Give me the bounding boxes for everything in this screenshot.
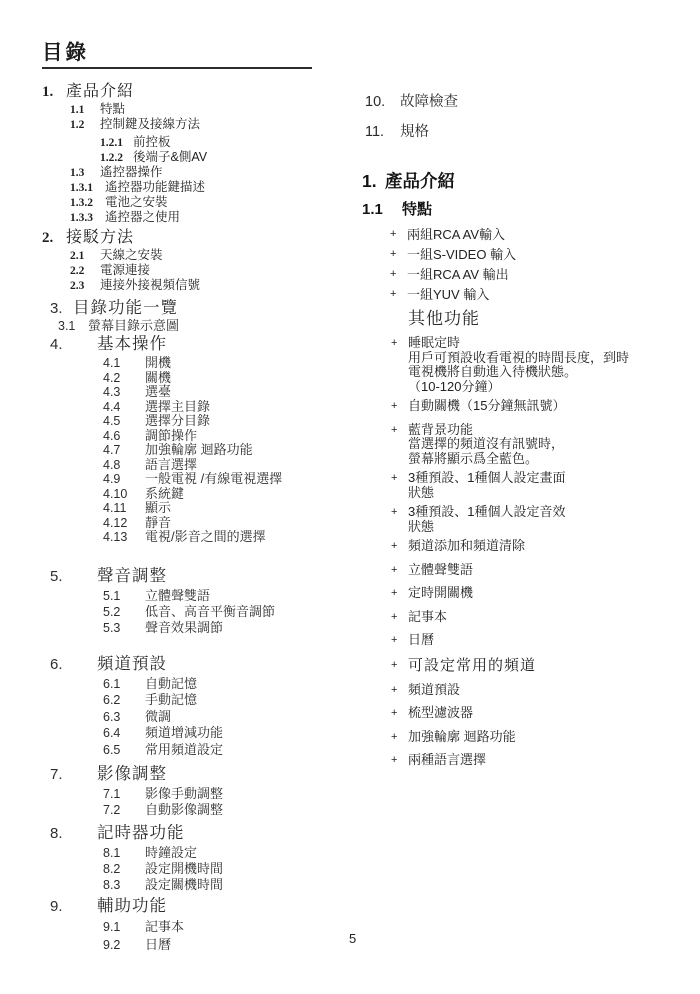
feature-line: 加強輪廓 迴路功能: [408, 730, 516, 745]
toc-entry-number: 6.5: [103, 743, 145, 759]
toc-entry-number: 9.2: [103, 937, 145, 954]
feature-line: 狀態: [408, 486, 565, 501]
plus-bullet-icon: +: [391, 683, 408, 698]
toc-entry-number: 4.10: [103, 487, 145, 502]
feature-item: +兩組RCA AV輸入: [362, 228, 697, 241]
toc-entry: 4.1開機: [103, 356, 350, 371]
toc-entry-number: 7.: [50, 764, 97, 786]
feature-line: 兩種語言選擇: [408, 753, 486, 768]
toc-entry-label: 連接外接視頻信號: [100, 278, 200, 292]
toc-entry-number: 1.3.1: [70, 181, 105, 195]
toc-entry: 4.8語言選擇: [103, 458, 350, 473]
toc-entry: 1.3遙控器操作: [70, 165, 350, 180]
toc-entry: 9.1記事本: [103, 918, 350, 936]
toc-entry-label: 微調: [145, 709, 171, 725]
toc-entry: 4.12靜音: [103, 516, 350, 531]
toc-entry-number: 1.: [42, 82, 66, 102]
toc-entry: 5.1立體聲雙語: [103, 588, 350, 604]
toc-entry-number: 4.7: [103, 443, 145, 458]
plus-bullet-icon: +: [391, 633, 408, 648]
toc-entry: 6.4頻道增減功能: [103, 725, 350, 742]
toc-entry-number: 4.8: [103, 458, 145, 473]
toc-entry: 4.10系統鍵: [103, 487, 350, 502]
toc-entry: 1.1特點: [70, 102, 350, 117]
feature-line: 當選擇的頻道沒有訊號時，: [408, 437, 564, 452]
feature-item: +兩種語言選擇: [362, 753, 697, 768]
toc-entry: 4.5選擇分目錄: [103, 414, 350, 429]
toc-entry: 4.11顯示: [103, 501, 350, 516]
feature-text: 立體聲雙語: [408, 563, 473, 578]
toc-entry-label: 輔助功能: [97, 895, 167, 917]
toc-entry-label: 設定關機時間: [145, 877, 223, 893]
toc-entry: 4.2關機: [103, 371, 350, 386]
toc-entry-number: 1.2.1: [100, 136, 133, 150]
feature-line: 用戶可預設收看電視的時間長度，到時: [408, 351, 629, 366]
feature-line: 自動關機（15分鐘無訊號）: [408, 399, 565, 414]
plus-bullet-icon: +: [390, 228, 407, 241]
toc-entry-number: 4.11: [103, 501, 145, 516]
feature-text: 一組RCA AV 輸出: [407, 268, 509, 281]
feature-line: 兩組RCA AV輸入: [407, 228, 505, 241]
feature-text: 頻道預設: [408, 683, 460, 698]
feature-line: 梳型濾波器: [408, 706, 473, 721]
feature-line: 一組YUV 輸入: [407, 288, 489, 301]
toc-entry-number: 1.2.2: [100, 151, 133, 165]
toc-entry: 4.9一般電視 /有線電視選擇: [103, 472, 350, 487]
other-functions-heading: 其他功能: [408, 310, 697, 328]
toc-entry-label: 基本操作: [97, 333, 167, 355]
toc-entry-label: 電視/影音之間的選擇: [145, 530, 266, 545]
toc-entry-label: 影像手動調整: [145, 786, 223, 802]
toc-entry: 1.3.1遙控器功能鍵描述: [70, 180, 350, 195]
toc-section-heading: 8.記時器功能: [50, 822, 350, 845]
toc-entry: 4.3選臺: [103, 385, 350, 400]
feature-line: 睡眠定時: [408, 336, 629, 351]
feature-text: 定時開關機: [408, 586, 473, 601]
toc-entry-label: 選臺: [145, 385, 171, 400]
plus-bullet-icon: +: [390, 248, 407, 261]
chapter-number: 1.: [362, 170, 385, 192]
toc-entry-label: 頻道預設: [97, 653, 167, 675]
toc-entry-label: 調節操作: [145, 429, 197, 444]
section-heading: 1.1 特點: [362, 200, 697, 220]
chapter-heading: 1. 產品介紹: [362, 170, 697, 192]
toc-section-6: 6.頻道預設6.1自動記憶6.2手動記憶6.3微調6.4頻道增減功能6.5常用頻…: [0, 653, 350, 759]
toc-entry-number: 2.: [42, 228, 66, 248]
feature-text: 自動關機（15分鐘無訊號）: [408, 399, 565, 414]
toc-entry-label: 常用頻道設定: [145, 742, 223, 758]
toc-entry-label: 後端子&側AV: [133, 150, 207, 164]
feature-line: 定時開關機: [408, 586, 473, 601]
feature-text: 3種預設、1種個人設定音效狀態: [408, 505, 565, 534]
feature-line: 記事本: [408, 610, 447, 625]
toc-entry-label: 聲音調整: [97, 565, 167, 587]
toc-entry-label: 天線之安裝: [100, 248, 163, 262]
toc-entry-number: 1.3: [70, 166, 100, 180]
plus-bullet-icon: +: [391, 563, 408, 578]
toc-entry-number: 2.3: [70, 279, 100, 293]
toc-entry-number: 4.3: [103, 385, 145, 400]
toc-entry-label: 開機: [145, 356, 171, 371]
plus-bullet-icon: +: [390, 268, 407, 281]
toc-section-7: 7.影像調整7.1影像手動調整7.2自動影像調整: [0, 763, 350, 818]
feature-line: 日曆: [408, 633, 434, 648]
toc-entry-label: 選擇主目錄: [145, 400, 210, 415]
toc-entry-label: 記時器功能: [97, 822, 185, 844]
feature-item: +睡眠定時用戶可預設收看電視的時間長度，到時電視機將自動進入待機狀態。（10-1…: [362, 336, 697, 394]
toc-entry-number: 4.6: [103, 429, 145, 444]
toc-entry-label: 一般電視 /有線電視選擇: [145, 472, 282, 487]
toc-entry-number: 7.1: [103, 786, 145, 802]
toc-entry-label: 遙控器操作: [100, 165, 163, 179]
toc-entry-number: 5.2: [103, 605, 145, 620]
plus-bullet-icon: +: [391, 505, 408, 520]
toc-entry-number: 6.3: [103, 710, 145, 726]
feature-item: +立體聲雙語: [362, 563, 697, 578]
feature-text: 睡眠定時用戶可預設收看電視的時間長度，到時電視機將自動進入待機狀態。（10-12…: [408, 336, 629, 394]
feature-text: 一組S-VIDEO 輸入: [407, 248, 516, 261]
plus-bullet-icon: +: [391, 336, 408, 351]
toc-entry-label: 自動記憶: [145, 676, 197, 692]
toc-left-column: 1.產品介紹1.1特點1.2控制鍵及接線方法1.2.1前控板1.2.2後端子&側…: [0, 0, 350, 954]
toc-entry: 7.1影像手動調整: [103, 786, 350, 802]
feature-item: +一組RCA AV 輸出: [362, 268, 697, 281]
toc-section-heading: 6.頻道預設: [50, 653, 350, 676]
feature-text: 兩種語言選擇: [408, 753, 486, 768]
toc-entry-number: 10.: [365, 92, 400, 112]
toc-section-heading: 2.接駁方法: [42, 228, 350, 248]
toc-entry-number: 8.: [50, 823, 97, 845]
feature-list: +兩組RCA AV輸入+一組S-VIDEO 輸入+一組RCA AV 輸出+一組Y…: [362, 228, 697, 301]
toc-entry-number: 4.1: [103, 356, 145, 371]
feature-item: +頻道添加和頻道清除: [362, 539, 697, 554]
toc-entry: 4.6調節操作: [103, 429, 350, 444]
toc-section-2: 2.接駁方法2.1天線之安裝2.2電源連接2.3連接外接視頻信號: [0, 228, 350, 293]
toc-entry-number: 1.1: [70, 103, 100, 117]
section-title: 特點: [402, 200, 432, 220]
toc-section-4: 4.基本操作4.1開機4.2關機4.3選臺4.4選擇主目錄4.5選擇分目錄4.6…: [0, 333, 350, 545]
feature-line: 狀態: [408, 520, 565, 535]
toc-entry-label: 關機: [145, 371, 171, 386]
feature-text: 日曆: [408, 633, 434, 648]
toc-entry-label: 手動記憶: [145, 692, 197, 708]
plus-bullet-icon: +: [391, 586, 408, 601]
toc-entry-number: 6.: [50, 654, 97, 676]
toc-entry-label: 頻道增減功能: [145, 725, 223, 741]
toc-entry-label: 聲音效果調節: [145, 620, 223, 635]
toc-entry-label: 控制鍵及接線方法: [100, 117, 200, 131]
toc-tail: 10.故障檢查11.規格: [362, 92, 697, 142]
toc-entry-number: 4.13: [103, 530, 145, 545]
toc-entry: 6.5常用頻道設定: [103, 742, 350, 759]
plus-bullet-icon: +: [391, 657, 408, 674]
toc-entry-number: 5.3: [103, 621, 145, 636]
toc-entry: 10.故障檢查: [365, 92, 697, 112]
toc-entry-label: 顯示: [145, 501, 171, 516]
toc-entry-number: 8.2: [103, 861, 145, 877]
toc-section-5: 5.聲音調整5.1立體聲雙語5.2低音、高音平衡音調節5.3聲音效果調節: [0, 565, 350, 636]
feature-text: 記事本: [408, 610, 447, 625]
feature-text: 梳型濾波器: [408, 706, 473, 721]
feature-text: 頻道添加和頻道清除: [408, 539, 525, 554]
toc-entry-number: 1.2: [70, 118, 100, 132]
toc-entry-label: 低音、高音平衡音調節: [145, 604, 275, 619]
toc-entry-label: 日曆: [145, 936, 171, 953]
feature-item: +梳型濾波器: [362, 706, 697, 721]
plus-bullet-icon: +: [391, 399, 408, 414]
feature-item: +藍背景功能當選擇的頻道沒有訊號時，螢幕將顯示爲全藍色。: [362, 423, 697, 467]
toc-entry: 4.13電視/影音之間的選擇: [103, 530, 350, 545]
toc-entry-number: 6.1: [103, 677, 145, 693]
toc-entry-number: 7.2: [103, 802, 145, 818]
toc-section-heading: 7.影像調整: [50, 763, 350, 786]
feature-text: 3種預設、1種個人設定畫面狀態: [408, 471, 565, 500]
toc-entry-number: 9.1: [103, 919, 145, 936]
feature-line: 3種預設、1種個人設定音效: [408, 505, 565, 520]
other-feature-list: +睡眠定時用戶可預設收看電視的時間長度，到時電視機將自動進入待機狀態。（10-1…: [362, 336, 697, 768]
plus-bullet-icon: +: [391, 539, 408, 554]
toc-entry: 1.3.3遙控器之使用: [70, 210, 350, 225]
toc-entry-label: 靜音: [145, 516, 171, 531]
toc-entry-label: 語言選擇: [145, 458, 197, 473]
toc-entry-number: 5.: [50, 566, 97, 588]
feature-line: 立體聲雙語: [408, 563, 473, 578]
toc-section-heading: 9.輔助功能: [50, 895, 350, 918]
toc-entry-label: 接駁方法: [66, 228, 134, 248]
toc-entry: 1.2.1前控板: [100, 135, 350, 150]
toc-entry-label: 設定開機時間: [145, 861, 223, 877]
toc-entry: 2.3連接外接視頻信號: [70, 278, 350, 293]
toc-section-heading: 1.產品介紹: [42, 82, 350, 102]
feature-text: 兩組RCA AV輸入: [407, 228, 505, 241]
plus-bullet-icon: +: [391, 730, 408, 745]
feature-line: 頻道添加和頻道清除: [408, 539, 525, 554]
toc-entry-number: 3.1: [58, 319, 88, 333]
toc-entry-label: 加強輪廓 迴路功能: [145, 443, 253, 458]
toc-entry-label: 選擇分目錄: [145, 414, 210, 429]
toc-section-3: 3.目錄功能一覽3.1螢幕目錄示意圖: [0, 298, 350, 333]
right-column: 10.故障檢查11.規格 1. 產品介紹 1.1 特點 +兩組RCA AV輸入+…: [362, 0, 697, 777]
toc-entry: 6.1自動記憶: [103, 676, 350, 693]
toc-entry: 5.2低音、高音平衡音調節: [103, 604, 350, 620]
toc-section-8: 8.記時器功能8.1時鐘設定8.2設定開機時間8.3設定關機時間: [0, 822, 350, 893]
feature-item: +定時開關機: [362, 586, 697, 601]
toc-entry: 1.2控制鍵及接線方法: [70, 117, 350, 132]
toc-entry-number: 5.1: [103, 589, 145, 604]
feature-line: 一組S-VIDEO 輸入: [407, 248, 516, 261]
toc-entry-label: 記事本: [145, 918, 184, 935]
toc-entry: 1.2.2後端子&側AV: [100, 150, 350, 165]
feature-line: 電視機將自動進入待機狀態。: [408, 365, 629, 380]
toc-entry-label: 故障檢查: [400, 92, 458, 112]
plus-bullet-icon: +: [391, 610, 408, 625]
feature-line: 一組RCA AV 輸出: [407, 268, 509, 281]
feature-line: 3種預設、1種個人設定畫面: [408, 471, 565, 486]
section-number: 1.1: [362, 200, 402, 220]
feature-item: +一組YUV 輸入: [362, 288, 697, 301]
plus-bullet-icon: +: [391, 753, 408, 768]
feature-item: +記事本: [362, 610, 697, 625]
toc-entry-label: 立體聲雙語: [145, 588, 210, 603]
feature-item: +自動關機（15分鐘無訊號）: [362, 399, 697, 414]
page-number: 5: [349, 931, 356, 946]
toc-section-1: 1.產品介紹1.1特點1.2控制鍵及接線方法1.2.1前控板1.2.2後端子&側…: [0, 82, 350, 225]
toc-section-9: 9.輔助功能9.1記事本9.2日曆: [0, 895, 350, 954]
toc-entry-number: 6.2: [103, 693, 145, 709]
feature-line: 藍背景功能: [408, 423, 564, 438]
toc-entry-number: 4.4: [103, 400, 145, 415]
toc-section-heading: 5.聲音調整: [50, 565, 350, 588]
feature-line: 可設定常用的頻道: [408, 657, 536, 674]
toc-section-heading: 4.基本操作: [50, 333, 350, 356]
toc-entry: 7.2自動影像調整: [103, 802, 350, 818]
feature-text: 藍背景功能當選擇的頻道沒有訊號時，螢幕將顯示爲全藍色。: [408, 423, 564, 467]
toc-entry: 4.4選擇主目錄: [103, 400, 350, 415]
feature-item: +日曆: [362, 633, 697, 648]
toc-entry: 2.2電源連接: [70, 263, 350, 278]
toc-entry-number: 8.3: [103, 877, 145, 893]
toc-entry: 6.2手動記憶: [103, 692, 350, 709]
plus-bullet-icon: +: [391, 706, 408, 721]
chapter-title: 產品介紹: [385, 170, 455, 192]
toc-entry-label: 時鐘設定: [145, 845, 197, 861]
feature-text: 加強輪廓 迴路功能: [408, 730, 516, 745]
toc-entry-label: 影像調整: [97, 763, 167, 785]
toc-section-heading: 3.目錄功能一覽: [50, 298, 350, 319]
toc-entry-number: 4.2: [103, 371, 145, 386]
toc-entry-number: 8.1: [103, 845, 145, 861]
toc-entry-number: 1.3.2: [70, 196, 105, 210]
feature-line: 螢幕將顯示爲全藍色。: [408, 452, 564, 467]
plus-bullet-icon: +: [391, 471, 408, 486]
toc-entry-label: 系統鍵: [145, 487, 184, 502]
toc-entry-number: 11.: [365, 122, 400, 142]
toc-entry: 9.2日曆: [103, 936, 350, 954]
plus-bullet-icon: +: [391, 423, 408, 438]
toc-entry: 5.3聲音效果調節: [103, 620, 350, 636]
toc-entry-number: 4.: [50, 334, 97, 356]
toc-entry-number: 2.2: [70, 264, 100, 278]
feature-item: +3種預設、1種個人設定畫面狀態: [362, 471, 697, 500]
toc-entry-label: 產品介紹: [66, 82, 134, 102]
toc-entry-number: 3.: [50, 299, 73, 319]
toc-entry: 8.2設定開機時間: [103, 861, 350, 877]
feature-item: +3種預設、1種個人設定音效狀態: [362, 505, 697, 534]
feature-item: +頻道預設: [362, 683, 697, 698]
toc-entry-label: 遙控器之使用: [105, 210, 180, 224]
toc-entry-label: 自動影像調整: [145, 802, 223, 818]
toc-entry: 8.3設定關機時間: [103, 877, 350, 893]
toc-entry: 11.規格: [365, 122, 697, 142]
toc-entry-number: 4.5: [103, 414, 145, 429]
toc-entry: 2.1天線之安裝: [70, 248, 350, 263]
toc-entry: 6.3微調: [103, 709, 350, 726]
toc-entry: 8.1時鐘設定: [103, 845, 350, 861]
feature-line: （10-120分鐘）: [408, 380, 629, 395]
manual-page: 目錄 1.產品介紹1.1特點1.2控制鍵及接線方法1.2.1前控板1.2.2後端…: [0, 0, 700, 994]
feature-item: +加強輪廓 迴路功能: [362, 730, 697, 745]
toc-entry-number: 2.1: [70, 249, 100, 263]
toc-entry-number: 1.3.3: [70, 211, 105, 225]
toc-entry-label: 遙控器功能鍵描述: [105, 180, 205, 194]
toc-entry-number: 6.4: [103, 726, 145, 742]
toc-entry-number: 4.9: [103, 472, 145, 487]
toc-entry: 3.1螢幕目錄示意圖: [58, 319, 350, 333]
toc-entry-label: 電源連接: [100, 263, 150, 277]
feature-text: 可設定常用的頻道: [408, 657, 536, 674]
toc-entry-number: 9.: [50, 896, 97, 918]
toc-entry: 1.3.2電池之安裝: [70, 195, 350, 210]
toc-entry-label: 電池之安裝: [105, 195, 168, 209]
feature-line: 頻道預設: [408, 683, 460, 698]
toc-entry-label: 螢幕目錄示意圖: [88, 319, 179, 333]
toc-entry-label: 規格: [400, 122, 429, 142]
plus-bullet-icon: +: [390, 288, 407, 301]
toc-entry-number: 4.12: [103, 516, 145, 531]
toc-entry: 4.7加強輪廓 迴路功能: [103, 443, 350, 458]
toc-entry-label: 特點: [100, 102, 125, 116]
toc-entry-label: 前控板: [133, 135, 171, 149]
feature-item: +一組S-VIDEO 輸入: [362, 248, 697, 261]
toc-entry-label: 目錄功能一覽: [73, 298, 178, 318]
feature-item: +可設定常用的頻道: [362, 657, 697, 674]
feature-text: 一組YUV 輸入: [407, 288, 489, 301]
